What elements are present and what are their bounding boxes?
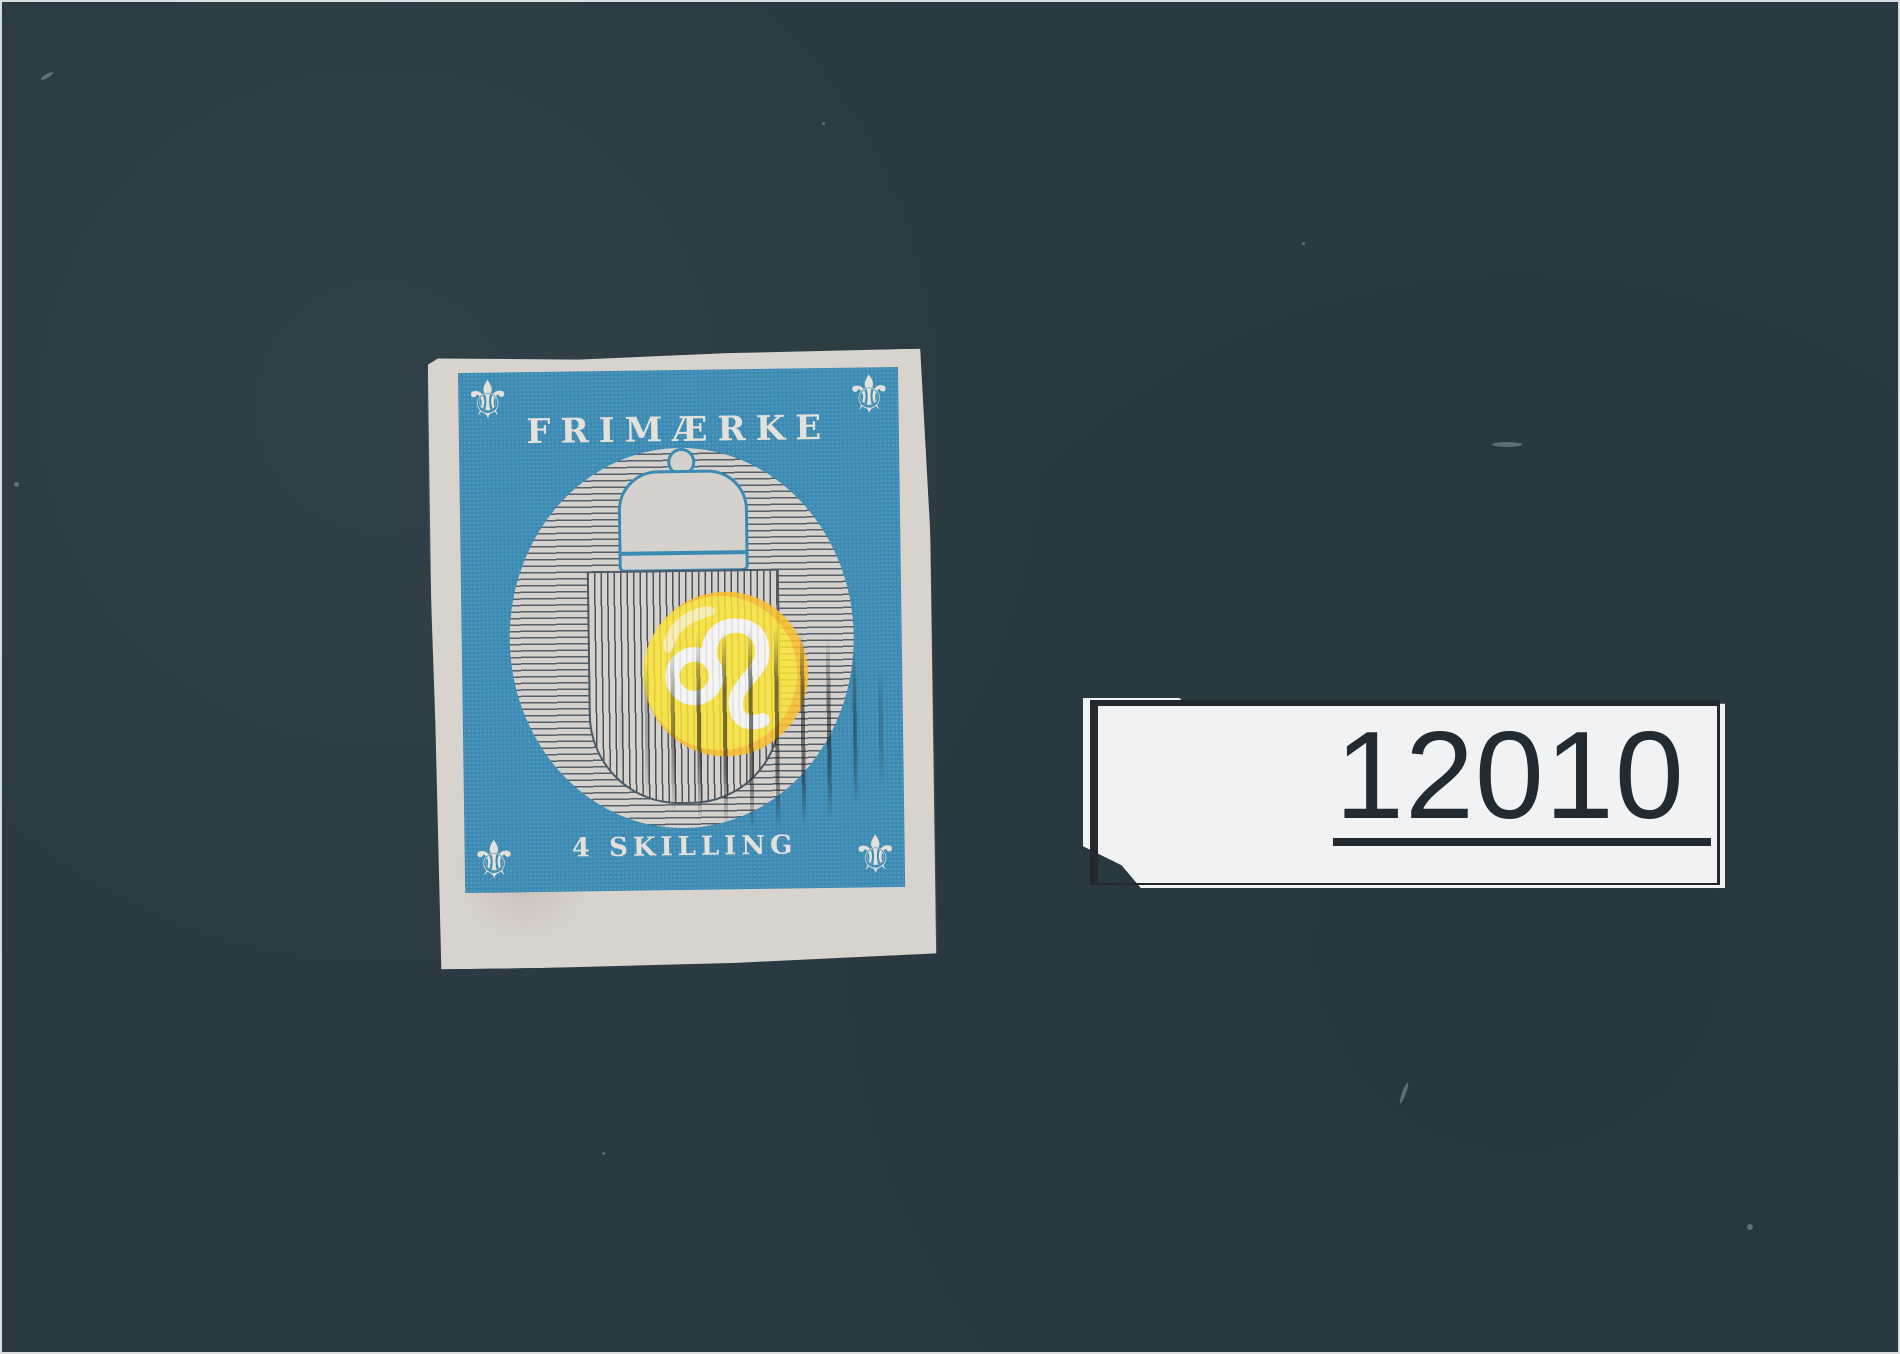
fleur-de-lis-icon: ⚜: [845, 369, 892, 422]
fleur-de-lis-icon: ⚜: [464, 374, 511, 427]
crown-icon: [617, 469, 748, 573]
photo-background: [2, 2, 1898, 1352]
postage-stamp: ♌ FRIMÆRKE 4 SKILLING ⚜ ⚜ ⚜ ⚜: [428, 349, 937, 970]
lot-number: 12010: [1335, 708, 1720, 844]
postmark-cancellation: [591, 617, 894, 841]
fleur-de-lis-icon: ⚜: [470, 834, 517, 887]
stamp-design: ♌ FRIMÆRKE 4 SKILLING ⚜ ⚜ ⚜ ⚜: [458, 367, 905, 893]
stamp-top-inscription: FRIMÆRKE: [459, 407, 900, 453]
lot-number-underline: [1333, 838, 1711, 846]
